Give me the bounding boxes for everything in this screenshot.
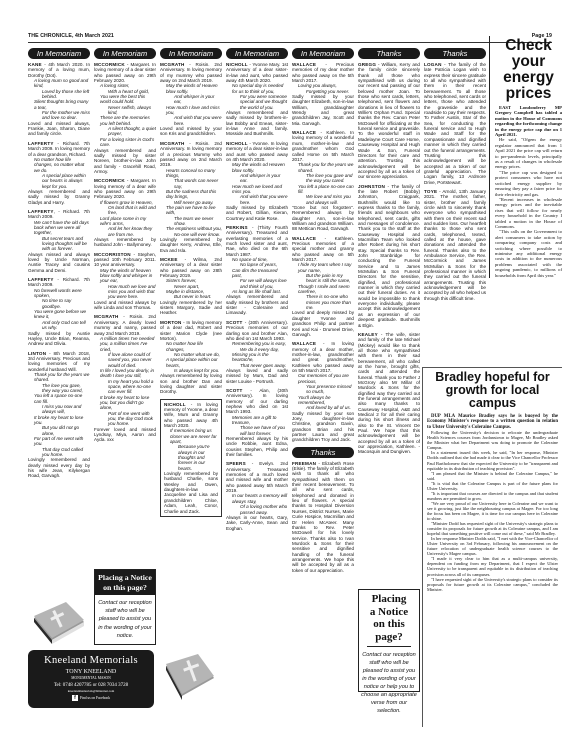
notice-intro: - Evelyn. 2nd Anniversary. Treasured mem… xyxy=(226,461,288,493)
energy-paragraph: "The price cap was designed to protect c… xyxy=(495,170,562,197)
verse-line: No special day is needed for us to think… xyxy=(232,83,288,94)
notice-entry: MCCORMICK - Margaret. In loving memory o… xyxy=(94,178,156,247)
energy-paragraph: "Recent increases in wholesale energy pr… xyxy=(495,197,562,229)
notice-signoff: Always missed and always loved by Uncle … xyxy=(28,252,90,273)
verse-line: And whisper in your ear. xyxy=(232,173,288,184)
verse-line: You were the best this world could hold. xyxy=(100,94,156,105)
verse-line: The love you gave, they way you cared, xyxy=(34,383,90,394)
ad-company-name: Kneeland Memorials xyxy=(28,655,154,666)
verse-line: We love and miss you and always will. xyxy=(298,194,354,205)
column-thanks-1: Thanks GREGG - William, Kerry and the fa… xyxy=(358,48,420,459)
notice-signoff: Forever loved and missed Lyndsay, Miya, … xyxy=(94,427,156,443)
notice-intro: - Arnold, 13th January 2021. The mother,… xyxy=(424,189,486,301)
ad-email: kneelandmemorials@btinternet.com xyxy=(28,689,154,693)
verse-line: In our hearts a memory will always stay, xyxy=(232,493,288,504)
placing-notice-box-small: Placing a Notice on this page? Contact o… xyxy=(94,569,156,645)
placing-notice-body: Contact our reception staff who will be … xyxy=(95,595,155,644)
notice-signoff: Remembered always by his uncle Robbie, a… xyxy=(226,436,288,457)
column-in-memoriam-2: In Memoriam MCCORMICK - Margaret. In lov… xyxy=(94,48,156,447)
bradley-paragraph: "I am pleased that the Minister is behin… xyxy=(427,471,558,481)
notice-verse: We can't have the old days back when we … xyxy=(28,220,90,252)
notice-verse: No special day is needed for us to think… xyxy=(226,83,288,110)
verse-line: If memories bring us closer we are never… xyxy=(170,428,218,444)
notice-entry: MORTON - In loving memory of a dear dad,… xyxy=(160,320,222,395)
notice-entry: NICHOLL - In loving memory of Yvonne, a … xyxy=(160,399,222,517)
notice-verse: May the winds od Heaven blow softly.And … xyxy=(226,162,288,205)
notice-name: NICHOLL xyxy=(226,141,248,146)
bradley-paragraph: "It is vital that the Coleraine Campus i… xyxy=(427,481,558,491)
verse-line: Lord place some in my wife's arms, xyxy=(100,216,156,227)
notice-signoff: Lovingly remembered and dearly missed ev… xyxy=(28,457,90,478)
notice-name: NICHOLL xyxy=(164,402,186,407)
energy-prices-article: Check your energy prices EAST Londonderr… xyxy=(489,36,562,278)
notice-entry: SCOTT - (30th Anniversary). Precious mem… xyxy=(226,320,288,384)
notice-signoff: Always remembered and sadly missed by Gr… xyxy=(28,189,90,205)
verse-line: You left a place no-one can fill. xyxy=(298,184,354,195)
verse-line: But you did not go alone, xyxy=(34,425,90,436)
verse-line: A loving mum so good and kind, xyxy=(34,78,90,89)
notice-signoff: "Gone but not forgotten". Remembered alw… xyxy=(292,205,354,232)
energy-lead: EAST Londonderry MP Gregory Campbell has… xyxy=(495,105,562,137)
energy-headline: Check your energy prices xyxy=(495,38,562,102)
verse-line: Missing you is the heartache, xyxy=(232,352,288,363)
verse-line: It broke my heart to lose you. xyxy=(34,415,90,426)
bradley-lead: DUP MLA Maurice Bradley says he is buoye… xyxy=(427,414,558,430)
verse-line: Part of me went with you, the day God to… xyxy=(100,411,156,427)
notice-name: WALLACE xyxy=(292,62,316,67)
placing-notice-title: Placing a Notice on this page? xyxy=(367,590,411,647)
section-header-in-memoriam: In Memoriam xyxy=(292,48,354,59)
notice-verse: May the winds of Heaven blow softly.And … xyxy=(160,83,222,126)
verse-line: May the winds od Heaven blow softly. xyxy=(232,162,288,173)
bible-icon xyxy=(160,652,218,700)
notice-verse: Thank you for the years we shared.The lo… xyxy=(28,372,90,458)
energy-paragraph: "This calls on the Government to alert c… xyxy=(495,229,562,278)
verse-line: Because you're always in our thoughts an… xyxy=(170,444,218,471)
notice-signoff: Lovingly remembered by her sisters Margo… xyxy=(160,300,222,316)
kneeland-memorials-ad: Kneeland Memorials TONY KNEELAND MONUMEN… xyxy=(28,650,154,708)
section-header-in-memoriam: In Memoriam xyxy=(226,48,288,59)
column-thanks-2: Thanks LOGAN - The family of the late Pa… xyxy=(424,48,486,305)
notice-signoff: Sadly missed by Elizabeth and Robert, Gi… xyxy=(226,205,288,221)
section-header-thanks: Thanks xyxy=(358,48,420,59)
notice-name: MCGRATH xyxy=(160,62,185,67)
notice-entry: FREEMAN - Elizabeth Rose (Elsie). The fa… xyxy=(292,461,354,573)
bible-icon xyxy=(30,600,88,644)
notice-verse: Sisters forever,Never apart,Maybe in dis… xyxy=(160,278,222,299)
verse-line: You left a space no-one can fill. xyxy=(34,393,90,404)
ad-facebook-label: Find us on Facebook xyxy=(80,696,110,700)
notice-name: WALLACE xyxy=(292,236,316,241)
verse-line: No matter how life changes, no matter wh… xyxy=(34,157,90,173)
verse-line: For part of me went with you. xyxy=(34,436,90,447)
verse-line: And wish that you were here. xyxy=(166,115,222,126)
notice-name: KANE xyxy=(28,62,42,67)
verse-line: Hearts conceal so many things, xyxy=(166,168,222,179)
notice-name: WALLACE xyxy=(292,130,316,135)
verse-line: The tears we never show. xyxy=(166,216,222,227)
verse-line: How much I love and miss you, xyxy=(166,105,222,116)
notice-name: LINTON xyxy=(28,351,46,356)
notice-entry: LAFFERTY - Richard. 7th March 2009.No fa… xyxy=(28,277,90,346)
energy-paragraph: He said, "Ofgem the energy regulator ann… xyxy=(495,137,562,169)
notice-name: LAFFERTY xyxy=(28,141,54,146)
notice-name: MCCORMICK xyxy=(94,62,125,67)
notice-entry: TOYE - Arnold, 13th January 2021. The mo… xyxy=(424,189,486,301)
verse-line: It broke my heart to lose you, but you d… xyxy=(100,395,156,411)
bradley-paragraph: "We are very proud of our University her… xyxy=(427,501,558,521)
ad-trade: MONUMENTAL MASON xyxy=(28,676,154,680)
verse-line: Memories are a gift to treasure, xyxy=(232,415,288,426)
notice-intro: - In loving memory of a dear mother, mot… xyxy=(292,341,354,373)
section-header-thanks: Thanks xyxy=(292,447,354,458)
verse-line: No matter how life changes, xyxy=(166,341,222,352)
notice-entry: WALLACE - In loving memory of a dear mot… xyxy=(292,341,354,443)
notice-signoff: Sadly missed by Auntie Hayley, Uncle Bri… xyxy=(28,331,90,347)
notice-signoff: Loved and missed by your son Kris and gr… xyxy=(160,126,222,137)
notice-verse: Hearts conceal so many things,That words… xyxy=(160,168,222,237)
verse-line: For we will always love and think of you… xyxy=(232,278,288,289)
verse-line: And whisper in your ear, xyxy=(166,94,222,105)
notice-name: SCOTT xyxy=(226,388,243,393)
verse-line: A special place within our hearts, xyxy=(166,357,222,368)
ad-owner: TONY KNEELAND xyxy=(28,669,154,675)
notice-name: LAFFERTY xyxy=(28,277,54,282)
notice-verse: I hide my tears when I say your name,But… xyxy=(292,262,354,310)
verse-line: For the mother we miss and love so dear. xyxy=(34,110,90,121)
bradley-paragraph: In her response Minister Dodds said, "I … xyxy=(427,536,558,556)
verse-line: No farewell words were spoken, xyxy=(34,288,90,299)
notice-signoff: Loved and deeply missed by daughter Yvon… xyxy=(292,310,354,337)
bradley-paragraph: "It is important that courses are direct… xyxy=(427,491,558,501)
notice-entry: LAFFERTY, - Richard. 7th March 2009.We c… xyxy=(28,209,90,273)
notice-entry: WALLACE - Kathleen. In loving memory of … xyxy=(292,130,354,232)
verse-line: May the winds of heaven blow softly and … xyxy=(100,268,156,284)
notice-name: FREEMAN xyxy=(292,461,316,466)
notice-name: MCCORMICK xyxy=(94,178,125,183)
notice-name: MCGRATH xyxy=(160,141,185,146)
verse-line: That words can never say, xyxy=(166,178,222,189)
verse-line: Thank you for the years we shared. xyxy=(34,372,90,383)
placing-notice-body: Contact our reception staff who will be … xyxy=(359,647,419,719)
bradley-headline: Bradley hopeful for growth for local cam… xyxy=(427,371,558,410)
placing-notice-title: Placing a Notice on this page? xyxy=(95,570,155,595)
bradley-paragraph: Following the University's decision to r… xyxy=(427,430,558,450)
notice-verse: Our memories of you are precious,Your pr… xyxy=(292,373,354,410)
notice-name: SPEERS xyxy=(226,461,246,466)
notice-entry: MCGRATH - Roisin. 2nd Anniversary. A dea… xyxy=(94,314,156,442)
notice-name: WALLACE xyxy=(292,341,316,346)
verse-line: But secret tears and loving thoughts wil… xyxy=(34,236,90,252)
verse-line: I miss you now and always will, xyxy=(34,404,90,415)
verse-line: These are the memories you left behind. xyxy=(100,115,156,126)
notice-signoff: Always in our hearts, Gary, Jake, Carly-… xyxy=(226,515,288,531)
verse-line: In life I loved you dearly, in death I l… xyxy=(100,368,156,379)
notice-signoff: Lovingly remembered by husband Charlie, … xyxy=(164,471,218,514)
verse-line: In my heart you hold a space, where no-o… xyxy=(100,379,156,395)
verse-line: Silent thoughts bring many a tear, xyxy=(34,99,90,110)
verse-line: Never selfish, always kind, xyxy=(100,105,156,116)
bradley-campus-article: Bradley hopeful for growth for local cam… xyxy=(422,367,562,727)
verse-line: But the pain in my heart is still the sa… xyxy=(298,273,354,284)
section-header-in-memoriam: In Memoriam xyxy=(28,48,90,59)
verse-line: May the winds of Heaven blow softly. xyxy=(166,83,222,94)
notice-verse: A million times I've needed you, a milli… xyxy=(94,336,156,427)
notice-name: MCGRATH xyxy=(94,314,119,319)
section-header-in-memoriam: In Memoriam xyxy=(94,48,156,59)
notice-verse: A loving mum so good and kind,Loved by t… xyxy=(28,78,90,121)
verse-line: You'll always be remembered, xyxy=(298,395,354,406)
verse-line: A million times I've needed you, a milli… xyxy=(100,336,156,352)
notice-signoff: Lovingly remembered by daughter Kerry, A… xyxy=(160,237,222,253)
notice-name: TOYE xyxy=(424,189,437,194)
bradley-paragraph: In a statement issued this week, he said… xyxy=(427,450,558,470)
notice-intro: - William, Kerry and the family circle s… xyxy=(358,62,420,179)
verse-line: Those we have of you will last forever. xyxy=(232,425,288,436)
verse-line: We can't have the old days back when we … xyxy=(34,220,90,236)
notice-entry: MCGRATH - Roisin. 2nd Anniversary. In lo… xyxy=(160,62,222,137)
notice-name: KEALEY xyxy=(358,332,378,337)
column-in-memoriam-4: In Memoriam NICHOLL - Yvonne Mary. 1st A… xyxy=(226,48,288,535)
verse-line: And let her know they are from me. xyxy=(100,226,156,237)
notice-intro: - Kathleen. In loving memory of a wonder… xyxy=(292,130,354,162)
notice-entry: LINTON - 8th March 2018, 3rd Anniversary… xyxy=(28,351,90,479)
notice-verse: Thank you for the years we shared.The lo… xyxy=(292,162,354,205)
notice-name: LOGAN xyxy=(424,62,442,67)
notice-intro: - The wife, sister and family of the lat… xyxy=(358,332,420,455)
verse-line: Though I smile and seem carefree, xyxy=(298,284,354,295)
section-header-in-memoriam: In Memoriam xyxy=(160,48,222,59)
bradley-paragraph: "I made it very clear to him that as a m… xyxy=(427,556,558,576)
notice-entry: WALLACE - Kathleen. Precious memories of… xyxy=(292,236,354,338)
notice-entry: MCCORRISTON - Stephen, passed 10th Febru… xyxy=(94,252,156,311)
masthead: THE CHRONICLE, 4th March 2021 Page 19 xyxy=(28,33,552,43)
notice-entry: MCCORMICK - Margaret. In loving memory o… xyxy=(94,62,156,174)
notice-verse: Remembering you is easy,We do it every d… xyxy=(226,341,288,368)
notice-verse: If memories bring us closer we are never… xyxy=(164,428,218,471)
notice-intro: - The family of the late Patricia Logan … xyxy=(424,62,486,185)
verse-line: How much we loved and miss you. xyxy=(232,184,288,195)
notice-signoff: Always remembered and sadly missed by br… xyxy=(226,110,288,137)
notice-verse: If flowers grow in Heaven,On land that i… xyxy=(94,200,156,237)
verse-line: For a loving sister in God's care. xyxy=(100,137,156,148)
notice-name: MCCORRISTON xyxy=(94,252,131,257)
publication-date: THE CHRONICLE, 4th March 2021 xyxy=(28,33,114,39)
notice-entry: PERKINS - (Thirty Fourth Anniversary). T… xyxy=(226,225,288,316)
notice-entry: KANE - 4th March 2020. In memory of a lo… xyxy=(28,62,90,137)
verse-line: Your presence missed so much, xyxy=(298,384,354,395)
notice-name: MORTON xyxy=(160,320,182,325)
notice-verse: No matter how life changes, no matter wh… xyxy=(28,157,90,189)
notice-entry: KEALEY - The wife, sister and family of … xyxy=(358,332,420,455)
verse-line: The love you gave and the way you cared. xyxy=(298,173,354,184)
verse-line: No time to say goodbye. xyxy=(34,298,90,309)
verse-line: The emptiness without you, xyxy=(166,226,222,231)
placing-notice-box-large: Placing a Notice on this page? Contact o… xyxy=(358,589,420,692)
notice-signoff: Sadly missed by your daughter Elizabeth,… xyxy=(292,94,354,126)
facebook-icon: f xyxy=(72,695,78,701)
verse-line: The pain we have to live with, xyxy=(166,205,222,216)
verse-line: And only God can tell us why. xyxy=(34,320,90,331)
notice-name: PERKINS xyxy=(226,225,248,230)
notice-intro: - (Thirty Fourth Anniversary). Treasured… xyxy=(226,225,288,257)
verse-line: A special place within our hearts is alw… xyxy=(34,173,90,189)
notice-name: LAFFERTY xyxy=(28,209,54,214)
section-header-thanks: Thanks xyxy=(424,48,486,59)
ad-facebook: f Find us on Facebook xyxy=(28,695,154,701)
bradley-paragraph: "Minister Dodd has requested sight of th… xyxy=(427,521,558,536)
notice-signoff: Always remembered by loving son and brot… xyxy=(160,373,222,394)
notice-signoff: Always remembered and sadly missed by si… xyxy=(94,148,156,175)
notice-entry: NICHOLL - Yvonne Mary. 1st Anniversary o… xyxy=(226,62,288,137)
notice-entry: SCOTT - Alan, (30th Anniversary). In lov… xyxy=(226,388,288,457)
verse-line: Our memories of you are precious, xyxy=(298,373,354,384)
notice-name: SCOTT xyxy=(226,320,243,325)
verse-line: But the sadness that this day brings, xyxy=(166,189,222,200)
notice-verse: In our hearts a memory will always stay,… xyxy=(226,493,288,514)
notice-verse: No space of time,No lapse of years,Can d… xyxy=(226,257,288,294)
notice-entry: JOHNSTON - The family of the late Robert… xyxy=(358,184,420,328)
verse-line: Remembering you is easy, xyxy=(232,341,288,346)
notice-signoff: Loved and missed always by wife Linda an… xyxy=(94,300,156,311)
notice-signoff: Always loved and sadly missed by Mum, Da… xyxy=(226,368,288,384)
notice-intro: - Elizabeth Rose (Elsie). The family of … xyxy=(292,461,354,573)
verse-line: Loved by those she left behind. xyxy=(34,89,90,100)
notice-name: MCKEE xyxy=(160,257,178,262)
notice-name: NICHOLL xyxy=(226,62,248,67)
notice-signoff: Sadly missed by your son Joey, daughter-… xyxy=(292,411,354,443)
verse-line: There is no-one who misses you more than… xyxy=(298,294,354,310)
column-in-memoriam-3: In Memoriam MCGRATH - Roisin. 2nd Annive… xyxy=(160,48,222,521)
notice-signoff: Loved and missed always, Frankie, Joan, … xyxy=(28,121,90,137)
ad-phone: Tel: 0748 4207785 or 028 7034 3728 xyxy=(28,683,154,688)
verse-line: Can dim the treasured past, xyxy=(232,268,288,279)
notice-verse: May the winds of heaven blow softly and … xyxy=(94,268,156,300)
notice-verse: Memories are a gift to treasure,Those we… xyxy=(226,415,288,436)
notice-signoff: Always remembered by husband John - Ball… xyxy=(94,237,156,248)
column-in-memoriam-5: In Memoriam WALLACE - Precious memories … xyxy=(292,48,354,577)
verse-line: And loved by all of us. xyxy=(298,405,354,410)
verse-line: On land that is wild and free, xyxy=(100,205,156,216)
verse-line: For you were someone special and we thou… xyxy=(232,94,288,110)
notice-verse: No matter how life changes,No matter wha… xyxy=(160,341,222,373)
verse-line: That day God called you home. xyxy=(34,447,90,458)
verse-line: A silent thought, a quiet prayer, xyxy=(100,126,156,137)
notice-verse: No farewell words were spoken,No time to… xyxy=(28,288,90,331)
verse-line: Of a loving mother who passed away. xyxy=(232,504,288,515)
notice-entry: MCKEE - Wilma, 2nd Anniversary of a dear… xyxy=(160,257,222,316)
notice-entry: SPEERS - Evelyn. 2nd Anniversary. Treasu… xyxy=(226,461,288,530)
verse-line: If love alone could of saved you, you ne… xyxy=(100,352,156,368)
notice-entry: LAFFERTY - Richard. 7th March 2009. In l… xyxy=(28,141,90,205)
notice-entry: NICHOLL - Yvonne. In loving memory of a … xyxy=(226,141,288,221)
verse-line: And wish that you were here. xyxy=(232,194,288,205)
notice-entry: GREGG - William, Kerry and the family ci… xyxy=(358,62,420,180)
bradley-paragraph: "I have requested sight of the Universit… xyxy=(427,577,558,592)
verse-line: You were gone before we knew it, xyxy=(34,309,90,320)
verse-line: Thank you for the years we shared. xyxy=(298,162,354,173)
notice-entry: WALLACE - Precious memories of my dear m… xyxy=(292,62,354,126)
notice-entry: LOGAN - The family of the late Patricia … xyxy=(424,62,486,185)
notice-entry: MCGRATH - Roisin. 2nd Anniversary. In lo… xyxy=(160,141,222,253)
notice-verse: A loving sister,With a heart of gold,You… xyxy=(94,83,156,147)
notice-verse: Loving you always,Forgetting you never. xyxy=(292,83,354,94)
notice-name: JOHNSTON xyxy=(358,184,385,189)
notice-signoff: Always remembered and sadly missed by br… xyxy=(226,294,288,315)
verse-line: I hide my tears when I say your name, xyxy=(298,262,354,273)
notice-intro: - The family of the late Robert (Bobby) … xyxy=(358,184,420,328)
notice-name: GREGG xyxy=(358,62,376,67)
verse-line: How much we love and miss you and wish t… xyxy=(100,284,156,300)
column-in-memoriam-1: In Memoriam KANE - 4th March 2020. In me… xyxy=(28,48,90,483)
